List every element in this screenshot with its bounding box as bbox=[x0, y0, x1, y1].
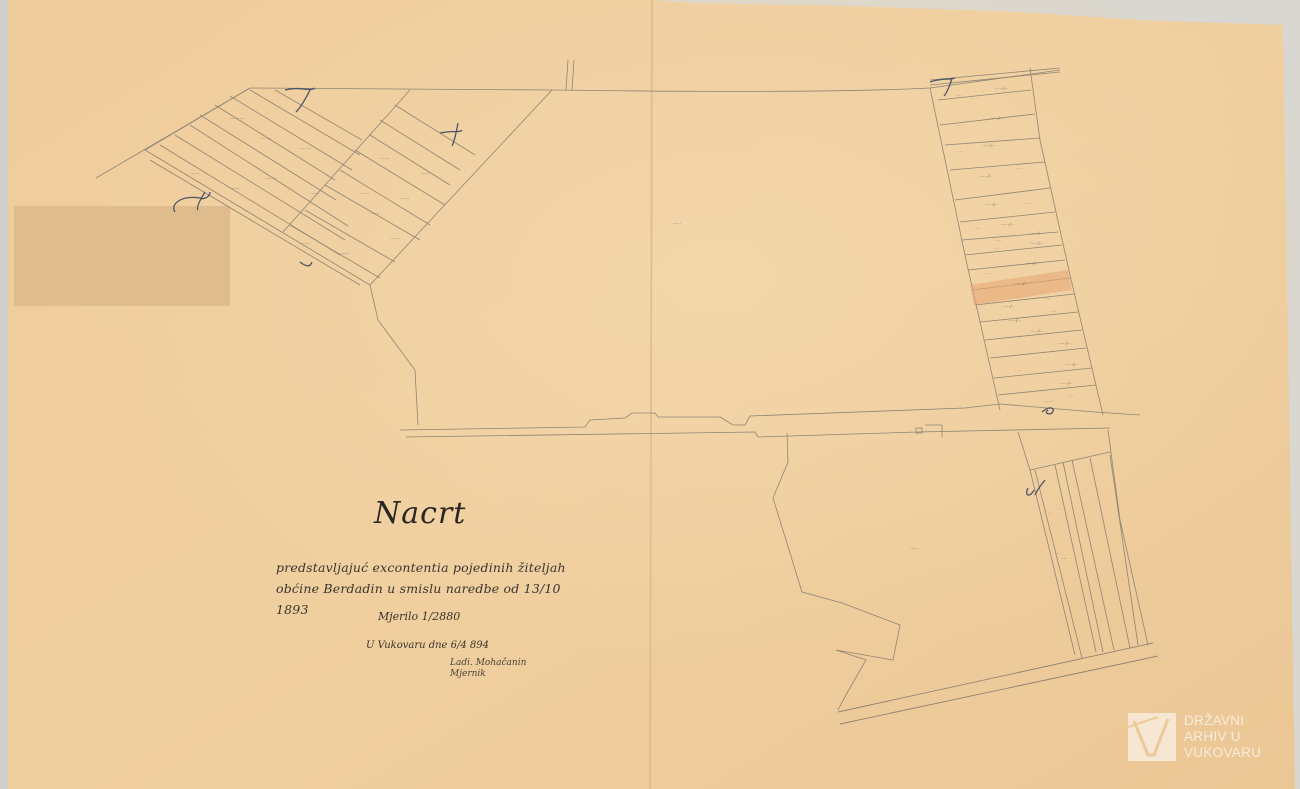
svg-text:·····/··: ·····/·· bbox=[1030, 241, 1043, 247]
svg-text:·····/··: ·····/·· bbox=[1065, 362, 1078, 368]
archive-name-line-1: DRŽAVNI bbox=[1184, 713, 1261, 729]
archive-watermark: DRŽAVNI ARHIV U VUKOVARU bbox=[1128, 713, 1261, 761]
archive-name-line-3: VUKOVARU bbox=[1184, 745, 1261, 761]
svg-text:·····/··: ·····/·· bbox=[1060, 381, 1073, 387]
svg-text:····: ···· bbox=[1068, 394, 1075, 400]
svg-text:······: ······ bbox=[420, 171, 430, 177]
svg-text:···: ··· bbox=[1062, 556, 1067, 562]
svg-text:·····/··: ·····/·· bbox=[1025, 261, 1038, 267]
svg-text:····: ···· bbox=[1005, 354, 1012, 360]
svg-text:·····/··: ·····/·· bbox=[1001, 222, 1014, 228]
svg-text:······: ······ bbox=[360, 191, 370, 197]
signature-name: Ladi. Mohačanin bbox=[450, 658, 526, 669]
svg-text:······: ······ bbox=[390, 236, 400, 242]
svg-text:···: ··· bbox=[1055, 551, 1060, 557]
svg-text:····: ···· bbox=[985, 271, 992, 277]
svg-text:······: ······ bbox=[310, 191, 320, 197]
svg-text:····: ···· bbox=[993, 246, 1000, 252]
svg-text:····: ···· bbox=[955, 123, 962, 129]
svg-text:····: ···· bbox=[995, 238, 1002, 244]
svg-text:··: ·· bbox=[1058, 506, 1062, 512]
svg-text:·····/··: ·····/·· bbox=[990, 116, 1003, 122]
svg-text:····: ···· bbox=[956, 93, 963, 99]
svg-text:······: ······ bbox=[400, 196, 410, 202]
svg-text:·····/··: ·····/·· bbox=[1008, 318, 1021, 324]
svg-text:····: ···· bbox=[1050, 309, 1057, 315]
svg-text:·····/··: ·····/·· bbox=[982, 143, 995, 149]
document-title: Nacrt bbox=[374, 496, 466, 531]
svg-text:·····/··: ·····/·· bbox=[1030, 231, 1043, 237]
svg-text:····: ···· bbox=[1045, 296, 1052, 302]
description-line-1: predstavljajuć excontentia pojedinih žit… bbox=[276, 557, 586, 578]
svg-text:····: ···· bbox=[1025, 201, 1032, 207]
svg-text:····: ···· bbox=[957, 149, 964, 155]
svg-text:·····/··: ·····/·· bbox=[1002, 304, 1015, 310]
svg-text:·······: ······· bbox=[260, 136, 272, 142]
svg-text:·····/··: ·····/·· bbox=[985, 202, 998, 208]
svg-text:·····: ····· bbox=[1045, 399, 1053, 405]
svg-text:······: ······ bbox=[340, 251, 350, 257]
map-scan: ···· ···· ···· ···· ···· ···· ···· ···· … bbox=[0, 0, 1300, 789]
map-scale: Mjerilo 1/2880 bbox=[378, 610, 460, 623]
archive-logo-icon bbox=[1128, 713, 1176, 761]
signature-title: Mjernik bbox=[450, 669, 526, 680]
archive-name-line-2: ARHIV U bbox=[1184, 729, 1261, 745]
signature: Ladi. Mohačanin Mjernik bbox=[450, 658, 526, 680]
svg-text:····: ···· bbox=[1015, 368, 1022, 374]
svg-text:······: ······ bbox=[370, 211, 380, 217]
svg-text:·····/··: ·····/·· bbox=[995, 86, 1008, 92]
svg-text:········: ········ bbox=[265, 176, 278, 182]
svg-text:······: ······ bbox=[380, 156, 390, 162]
svg-text:·····/··: ·····/·· bbox=[1015, 281, 1028, 287]
svg-text:····: ···· bbox=[1016, 166, 1023, 172]
svg-text:·········: ········· bbox=[230, 116, 245, 122]
svg-text:·····/··: ·····/·· bbox=[980, 174, 993, 180]
archive-name: DRŽAVNI ARHIV U VUKOVARU bbox=[1184, 713, 1261, 761]
svg-text:····: ···· bbox=[974, 226, 981, 232]
svg-text:·····: ····· bbox=[910, 546, 918, 552]
stain-patch bbox=[14, 206, 230, 306]
svg-text:······: ······ bbox=[300, 241, 310, 247]
svg-text:······: ······ bbox=[230, 186, 240, 192]
svg-text:·······: ······· bbox=[300, 146, 312, 152]
svg-text:··: ·· bbox=[1048, 511, 1052, 517]
svg-text:·····/··: ·····/·· bbox=[1058, 341, 1071, 347]
svg-text:······: ······ bbox=[190, 171, 200, 177]
place-date: U Vukovaru dne 6/4 894 bbox=[366, 640, 489, 651]
svg-text:·····/··: ·····/·· bbox=[1030, 329, 1043, 335]
svg-text:·····: ····· bbox=[673, 221, 681, 227]
